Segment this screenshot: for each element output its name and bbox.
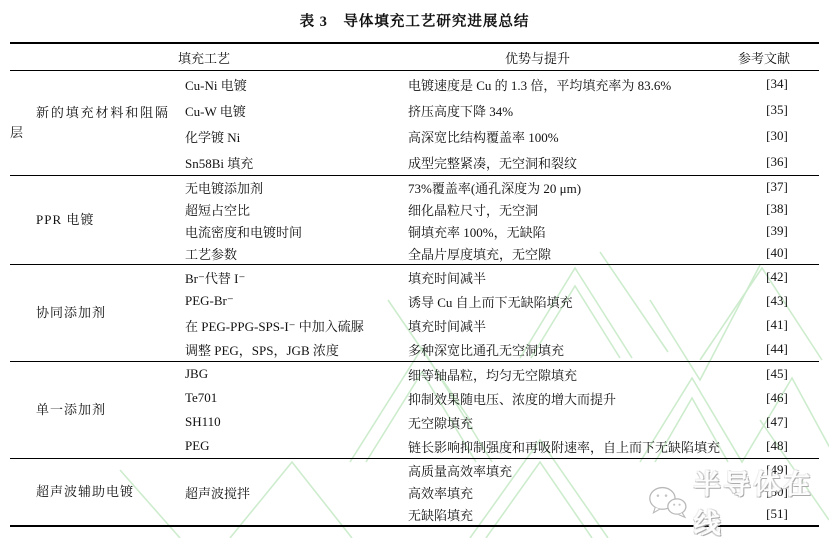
reference-cell: [42] <box>735 265 819 290</box>
table-row: PPR 电镀 无电镀添加剂 73%覆盖率(通孔深度为 20 μm) [37] <box>10 176 819 199</box>
group-synergistic-additives: 协同添加剂 Br⁻代替 I⁻ 填充时间减半 [42] PEG-Br⁻ 诱导 Cu… <box>10 265 819 362</box>
advantage-cell: 诱导 Cu 自上而下无缺陷填充 <box>398 289 735 313</box>
advantage-cell: 细化晶粒尺寸，无空洞 <box>398 198 735 220</box>
reference-cell: [34] <box>735 71 819 98</box>
process-cell: 超声波搅拌 <box>175 459 398 527</box>
reference-cell: [46] <box>735 386 819 410</box>
reference-cell: [50] <box>735 481 819 503</box>
advantage-cell: 挤压高度下降 34% <box>398 97 735 123</box>
table-row: 超声波辅助电镀 超声波搅拌 高质量高效率填充 [49] <box>10 459 819 482</box>
advantage-cell: 细等轴晶粒，均匀无空隙填充 <box>398 362 735 387</box>
advantage-cell: 高深宽比结构覆盖率 100% <box>398 123 735 149</box>
advantage-cell: 全晶片厚度填充，无空隙 <box>398 242 735 265</box>
reference-cell: [47] <box>735 410 819 434</box>
group-ppr-plating: PPR 电镀 无电镀添加剂 73%覆盖率(通孔深度为 20 μm) [37] 超… <box>10 176 819 265</box>
advantage-cell: 成型完整紧凑，无空洞和裂纹 <box>398 149 735 176</box>
reference-cell: [43] <box>735 289 819 313</box>
group-name-cell: 新的填充材料和阻隔层 <box>10 71 175 176</box>
reference-cell: [48] <box>735 434 819 459</box>
process-cell: Cu-Ni 电镀 <box>175 71 398 98</box>
process-cell: PEG <box>175 434 398 459</box>
advantage-cell: 填充时间减半 <box>398 265 735 290</box>
process-cell: 在 PEG-PPG-SPS-I⁻ 中加入硫脲 <box>175 313 398 337</box>
group-name-cell: PPR 电镀 <box>10 176 175 265</box>
advantage-cell: 高效率填充 <box>398 481 735 503</box>
group-single-additive: 单一添加剂 JBG 细等轴晶粒，均匀无空隙填充 [45] Te701 抑制效果随… <box>10 362 819 459</box>
process-cell: Cu-W 电镀 <box>175 97 398 123</box>
reference-cell: [38] <box>735 198 819 220</box>
process-cell: PEG-Br⁻ <box>175 289 398 313</box>
advantage-cell: 电镀速度是 Cu 的 1.3 倍，平均填充率为 83.6% <box>398 71 735 98</box>
process-cell: JBG <box>175 362 398 387</box>
advantage-cell: 抑制效果随电压、浓度的增大而提升 <box>398 386 735 410</box>
advantage-cell: 多种深宽比通孔无空洞填充 <box>398 337 735 362</box>
research-progress-table: 填充工艺 优势与提升 参考文献 新的填充材料和阻隔层 Cu-Ni 电镀 电镀速度… <box>10 42 819 527</box>
group-name-cell: 超声波辅助电镀 <box>10 459 175 527</box>
process-cell: Br⁻代替 I⁻ <box>175 265 398 290</box>
group-new-materials: 新的填充材料和阻隔层 Cu-Ni 电镀 电镀速度是 Cu 的 1.3 倍，平均填… <box>10 71 819 176</box>
table-row: 新的填充材料和阻隔层 Cu-Ni 电镀 电镀速度是 Cu 的 1.3 倍，平均填… <box>10 71 819 98</box>
header-reference: 参考文献 <box>735 43 819 71</box>
table-row: 协同添加剂 Br⁻代替 I⁻ 填充时间减半 [42] <box>10 265 819 290</box>
table-title: 表 3 导体填充工艺研究进展总结 <box>0 0 829 42</box>
process-cell: 工艺参数 <box>175 242 398 265</box>
advantage-cell: 无空隙填充 <box>398 410 735 434</box>
header-process: 填充工艺 <box>10 43 398 71</box>
group-name-cell: 协同添加剂 <box>10 265 175 362</box>
reference-cell: [49] <box>735 459 819 482</box>
reference-cell: [44] <box>735 337 819 362</box>
reference-cell: [30] <box>735 123 819 149</box>
advantage-cell: 填充时间减半 <box>398 313 735 337</box>
advantage-cell: 铜填充率 100%，无缺陷 <box>398 220 735 242</box>
reference-cell: [39] <box>735 220 819 242</box>
reference-cell: [51] <box>735 503 819 526</box>
reference-cell: [36] <box>735 149 819 176</box>
process-cell: 超短占空比 <box>175 198 398 220</box>
reference-cell: [41] <box>735 313 819 337</box>
advantage-cell: 高质量高效率填充 <box>398 459 735 482</box>
process-cell: 调整 PEG，SPS，JGB 浓度 <box>175 337 398 362</box>
process-cell: 化学镀 Ni <box>175 123 398 149</box>
process-cell: Sn58Bi 填充 <box>175 149 398 176</box>
process-cell: 无电镀添加剂 <box>175 176 398 199</box>
group-name-cell: 单一添加剂 <box>10 362 175 459</box>
group-ultrasonic-plating: 超声波辅助电镀 超声波搅拌 高质量高效率填充 [49] 高效率填充 [50] 无… <box>10 459 819 527</box>
advantage-cell: 73%覆盖率(通孔深度为 20 μm) <box>398 176 735 199</box>
reference-cell: [37] <box>735 176 819 199</box>
reference-cell: [40] <box>735 242 819 265</box>
process-cell: SH110 <box>175 410 398 434</box>
reference-cell: [35] <box>735 97 819 123</box>
header-advantage: 优势与提升 <box>398 43 735 71</box>
table-row: 单一添加剂 JBG 细等轴晶粒，均匀无空隙填充 [45] <box>10 362 819 387</box>
table-header: 填充工艺 优势与提升 参考文献 <box>10 43 819 71</box>
advantage-cell: 链长影响抑制强度和再吸附速率，自上而下无缺陷填充 <box>398 434 735 459</box>
process-cell: Te701 <box>175 386 398 410</box>
reference-cell: [45] <box>735 362 819 387</box>
advantage-cell: 无缺陷填充 <box>398 503 735 526</box>
process-cell: 电流密度和电镀时间 <box>175 220 398 242</box>
